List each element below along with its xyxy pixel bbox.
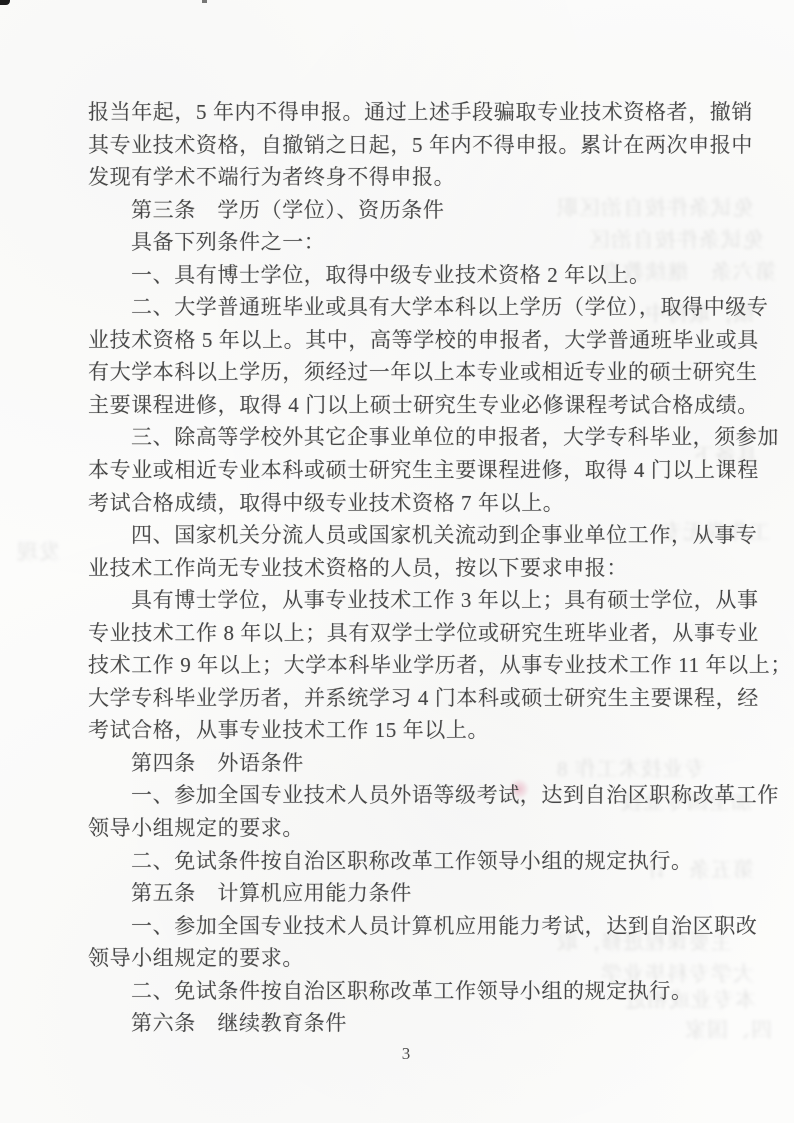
text-line: 专业技术工作 8 年以上；具有双学士学位或研究生班毕业者，从事专业: [88, 617, 740, 650]
text-line: 一、参加全国专业技术人员外语等级考试，达到自治区职称改革工作: [88, 779, 740, 812]
text-line: 考试合格成绩，取得中级专业技术资格 7 年以上。: [88, 487, 740, 520]
text-line: 领导小组规定的要求。: [88, 812, 740, 845]
text-line: 二、大学普通班毕业或具有大学本科以上学历（学位），取得中级专: [88, 291, 740, 324]
text-line: 大学专科毕业学历者，并系统学习 4 门本科或硕士研究生主要课程，经: [88, 682, 740, 715]
text-line: 一、参加全国专业技术人员计算机应用能力考试，达到自治区职改: [88, 910, 740, 943]
scanned-document-page: 免试条件按自治区职免试条件按自治区第六条 继续教育绩，取得中具备下工作尚无专发现…: [0, 0, 794, 1123]
text-line: 二、免试条件按自治区职称改革工作领导小组的规定执行。: [88, 845, 740, 878]
text-line: 第五条 计算机应用能力条件: [88, 877, 740, 910]
text-line: 其专业技术资格，自撤销之日起，5 年内不得申报。累计在两次申报中: [88, 129, 740, 162]
text-line: 三、除高等学校外其它企事业单位的申报者，大学专科毕业，须参加: [88, 421, 740, 454]
text-line: 本专业或相近专业本科或硕士研究生主要课程进修，取得 4 门以上课程: [88, 454, 740, 487]
text-line: 发现有学术不端行为者终身不得申报。: [88, 161, 740, 194]
text-line: 有大学本科以上学历，须经过一年以上本专业或相近专业的硕士研究生: [88, 356, 740, 389]
text-line: 考试合格，从事专业技术工作 15 年以上。: [88, 714, 740, 747]
text-line: 具备下列条件之一：: [88, 226, 740, 259]
scan-edge-dash: [202, 0, 207, 3]
text-line: 二、免试条件按自治区职称改革工作领导小组的规定执行。: [88, 975, 740, 1008]
text-line: 领导小组规定的要求。: [88, 942, 740, 975]
text-line: 业技术资格 5 年以上。其中，高等学校的申报者，大学普通班毕业或具: [88, 324, 740, 357]
page-number: 3: [9, 1044, 794, 1064]
text-line: 主要课程进修，取得 4 门以上硕士研究生专业必修课程考试合格成绩。: [88, 389, 740, 422]
text-line: 四、国家机关分流人员或国家机关流动到企事业单位工作，从事专: [88, 519, 740, 552]
text-line: 具有博士学位，从事专业技术工作 3 年以上；具有硕士学位，从事: [88, 584, 740, 617]
text-line: 第三条 学历（学位）、资历条件: [88, 194, 740, 227]
text-line: 第四条 外语条件: [88, 747, 740, 780]
bleed-through-text: 发现: [16, 536, 60, 566]
text-line: 第六条 继续教育条件: [88, 1007, 740, 1040]
scan-corner-mark: [0, 0, 10, 5]
text-line: 一、具有博士学位，取得中级专业技术资格 2 年以上。: [88, 259, 740, 292]
text-line: 报当年起，5 年内不得申报。通过上述手段骗取专业技术资格者，撤销: [88, 96, 740, 129]
document-body: 报当年起，5 年内不得申报。通过上述手段骗取专业技术资格者，撤销其专业技术资格，…: [88, 96, 740, 1040]
text-line: 技术工作 9 年以上；大学本科毕业学历者，从事专业技术工作 11 年以上；: [88, 649, 740, 682]
text-line: 业技术工作尚无专业技术资格的人员，按以下要求申报：: [88, 552, 740, 585]
